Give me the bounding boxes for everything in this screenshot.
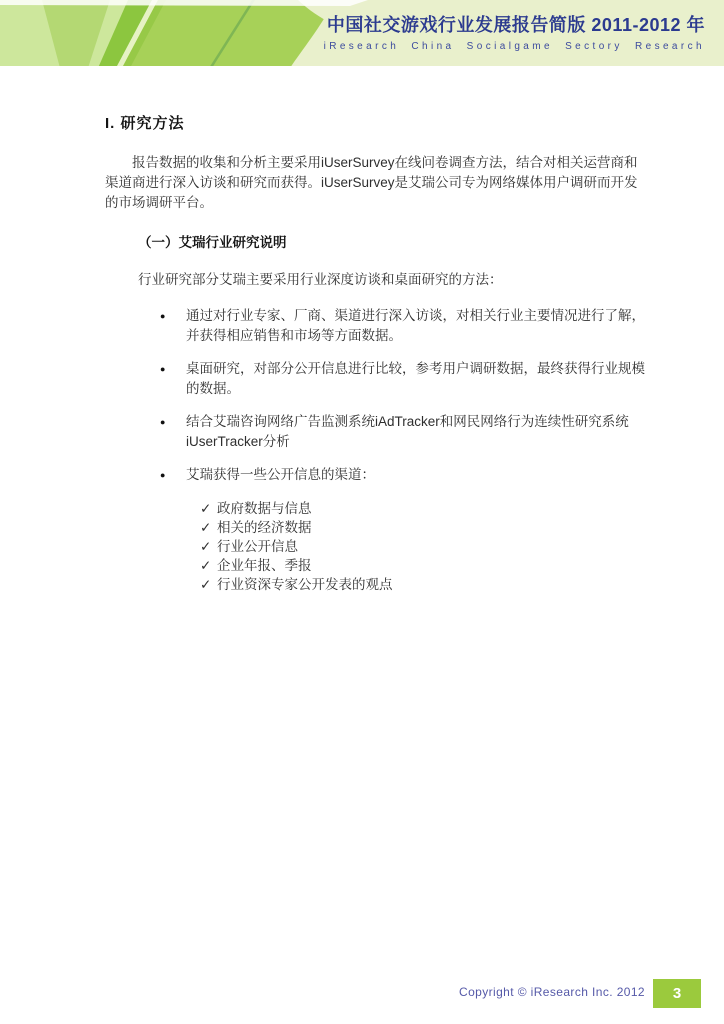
subsection-title: （一）艾瑞行业研究说明 <box>138 231 660 251</box>
header-text-block: 中国社交游戏行业发展报告简版 2011-2012 年 iResearch Chi… <box>324 11 705 52</box>
check-item: ✓ 行业资深专家公开发表的观点 <box>200 575 660 594</box>
bullet-item: ● 通过对行业专家、厂商、渠道进行深入访谈，对相关行业主要情况进行了解， 并获得… <box>160 306 660 346</box>
bullet-text: 通过对行业专家、厂商、渠道进行深入访谈，对相关行业主要情况进行了解， 并获得相应… <box>186 306 645 346</box>
header-banner: 中国社交游戏行业发展报告简版 2011-2012 年 iResearch Chi… <box>0 0 724 68</box>
check-item: ✓ 企业年报、季报 <box>200 556 660 575</box>
check-text: 行业公开信息 <box>217 537 298 556</box>
check-icon: ✓ <box>200 575 217 594</box>
check-list: ✓ 政府数据与信息 ✓ 相关的经济数据 ✓ 行业公开信息 ✓ 企业年报、季报 ✓… <box>200 499 660 594</box>
check-item: ✓ 相关的经济数据 <box>200 518 660 537</box>
section-title: I. 研究方法 <box>105 112 660 133</box>
intro-paragraph: 报告数据的收集和分析主要采用iUserSurvey在线问卷调查方法，结合对相关运… <box>105 153 660 213</box>
bullet-text: 结合艾瑞咨询网络广告监测系统iAdTracker和网民网络行为连续性研究系统 i… <box>186 412 629 452</box>
copyright-text: Copyright © iResearch Inc. 2012 <box>459 985 645 999</box>
report-page: 中国社交游戏行业发展报告简版 2011-2012 年 iResearch Chi… <box>0 0 724 1024</box>
bullet-icon: ● <box>160 412 186 452</box>
check-icon: ✓ <box>200 518 217 537</box>
check-item: ✓ 行业公开信息 <box>200 537 660 556</box>
bullet-list: ● 通过对行业专家、厂商、渠道进行深入访谈，对相关行业主要情况进行了解， 并获得… <box>160 306 660 485</box>
bullet-item: ● 结合艾瑞咨询网络广告监测系统iAdTracker和网民网络行为连续性研究系统… <box>160 412 660 452</box>
bullet-item: ● 桌面研究，对部分公开信息进行比较，参考用户调研数据，最终获得行业规模 的数据… <box>160 359 660 399</box>
bullet-icon: ● <box>160 306 186 346</box>
page-content: I. 研究方法 报告数据的收集和分析主要采用iUserSurvey在线问卷调查方… <box>105 68 660 594</box>
report-title: 中国社交游戏行业发展报告简版 2011-2012 年 <box>324 11 705 37</box>
check-icon: ✓ <box>200 537 217 556</box>
bullet-icon: ● <box>160 465 186 485</box>
bullet-text: 桌面研究，对部分公开信息进行比较，参考用户调研数据，最终获得行业规模 的数据。 <box>186 359 645 399</box>
report-subtitle: iResearch China Socialgame Sectory Resea… <box>324 41 705 52</box>
check-icon: ✓ <box>200 556 217 575</box>
check-text: 政府数据与信息 <box>217 499 312 518</box>
check-text: 行业资深专家公开发表的观点 <box>217 575 393 594</box>
check-text: 相关的经济数据 <box>217 518 312 537</box>
check-icon: ✓ <box>200 499 217 518</box>
bullet-text: 艾瑞获得一些公开信息的渠道： <box>186 465 375 485</box>
bullet-icon: ● <box>160 359 186 399</box>
page-number-badge: 3 <box>653 979 701 1008</box>
bullet-item: ● 艾瑞获得一些公开信息的渠道： <box>160 465 660 485</box>
subsection-intro: 行业研究部分艾瑞主要采用行业深度访谈和桌面研究的方法： <box>138 270 660 290</box>
check-item: ✓ 政府数据与信息 <box>200 499 660 518</box>
check-text: 企业年报、季报 <box>217 556 312 575</box>
